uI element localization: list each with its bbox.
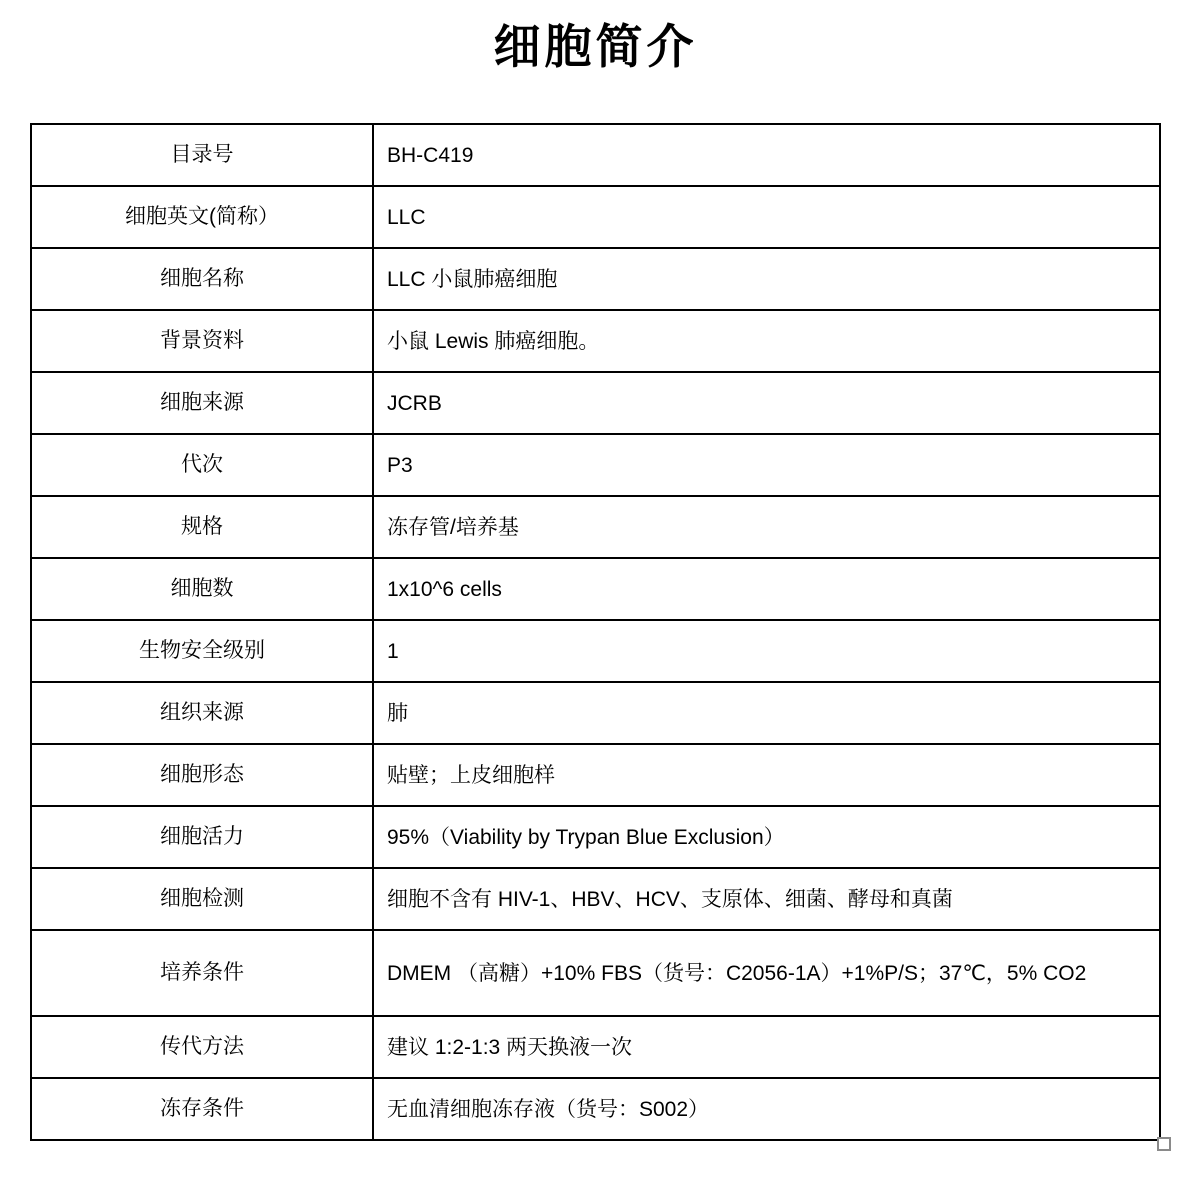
table-row: 细胞活力 95%（Viability by Trypan Blue Exclus… bbox=[31, 806, 1160, 868]
row-label: 细胞检测 bbox=[31, 868, 373, 930]
row-value: 冻存管/培养基 bbox=[373, 496, 1160, 558]
row-label: 细胞数 bbox=[31, 558, 373, 620]
table-row: 目录号 BH-C419 bbox=[31, 124, 1160, 186]
row-value: BH-C419 bbox=[373, 124, 1160, 186]
cell-info-table: 目录号 BH-C419 细胞英文(简称） LLC 细胞名称 LLC 小鼠肺癌细胞… bbox=[30, 123, 1161, 1141]
row-value: 细胞不含有 HIV-1、HBV、HCV、支原体、细菌、酵母和真菌 bbox=[373, 868, 1160, 930]
row-value: 无血清细胞冻存液（货号：S002） bbox=[373, 1078, 1160, 1140]
row-label: 细胞名称 bbox=[31, 248, 373, 310]
table-row: 细胞英文(简称） LLC bbox=[31, 186, 1160, 248]
table-row: 背景资料 小鼠 Lewis 肺癌细胞。 bbox=[31, 310, 1160, 372]
table-row: 细胞数 1x10^6 cells bbox=[31, 558, 1160, 620]
row-label: 细胞活力 bbox=[31, 806, 373, 868]
row-label: 代次 bbox=[31, 434, 373, 496]
row-label: 培养条件 bbox=[31, 930, 373, 1016]
row-label: 组织来源 bbox=[31, 682, 373, 744]
row-label: 细胞英文(简称） bbox=[31, 186, 373, 248]
row-label: 冻存条件 bbox=[31, 1078, 373, 1140]
table-row: 冻存条件 无血清细胞冻存液（货号：S002） bbox=[31, 1078, 1160, 1140]
row-value: 小鼠 Lewis 肺癌细胞。 bbox=[373, 310, 1160, 372]
table-resize-handle-icon[interactable] bbox=[1157, 1137, 1171, 1151]
row-value: 贴壁；上皮细胞样 bbox=[373, 744, 1160, 806]
table-row: 规格 冻存管/培养基 bbox=[31, 496, 1160, 558]
row-value: 1x10^6 cells bbox=[373, 558, 1160, 620]
row-value: P3 bbox=[373, 434, 1160, 496]
row-label: 生物安全级别 bbox=[31, 620, 373, 682]
row-value: JCRB bbox=[373, 372, 1160, 434]
row-value: LLC bbox=[373, 186, 1160, 248]
table-row: 培养条件 DMEM （高糖）+10% FBS（货号：C2056-1A）+1%P/… bbox=[31, 930, 1160, 1016]
row-label: 细胞形态 bbox=[31, 744, 373, 806]
table-row: 细胞名称 LLC 小鼠肺癌细胞 bbox=[31, 248, 1160, 310]
row-value: 95%（Viability by Trypan Blue Exclusion） bbox=[373, 806, 1160, 868]
row-value: 建议 1:2-1:3 两天换液一次 bbox=[373, 1016, 1160, 1078]
row-label: 规格 bbox=[31, 496, 373, 558]
table-row: 组织来源 肺 bbox=[31, 682, 1160, 744]
table-row: 传代方法 建议 1:2-1:3 两天换液一次 bbox=[31, 1016, 1160, 1078]
row-value: 1 bbox=[373, 620, 1160, 682]
row-value: LLC 小鼠肺癌细胞 bbox=[373, 248, 1160, 310]
table-row: 生物安全级别 1 bbox=[31, 620, 1160, 682]
table-row: 代次 P3 bbox=[31, 434, 1160, 496]
row-label: 背景资料 bbox=[31, 310, 373, 372]
table-row: 细胞检测 细胞不含有 HIV-1、HBV、HCV、支原体、细菌、酵母和真菌 bbox=[31, 868, 1160, 930]
row-label: 细胞来源 bbox=[31, 372, 373, 434]
row-value: DMEM （高糖）+10% FBS（货号：C2056-1A）+1%P/S；37℃… bbox=[373, 930, 1160, 1016]
table-row: 细胞形态 贴壁；上皮细胞样 bbox=[31, 744, 1160, 806]
row-label: 目录号 bbox=[31, 124, 373, 186]
table-row: 细胞来源 JCRB bbox=[31, 372, 1160, 434]
page-title: 细胞简介 bbox=[0, 10, 1191, 77]
row-label: 传代方法 bbox=[31, 1016, 373, 1078]
row-value: 肺 bbox=[373, 682, 1160, 744]
